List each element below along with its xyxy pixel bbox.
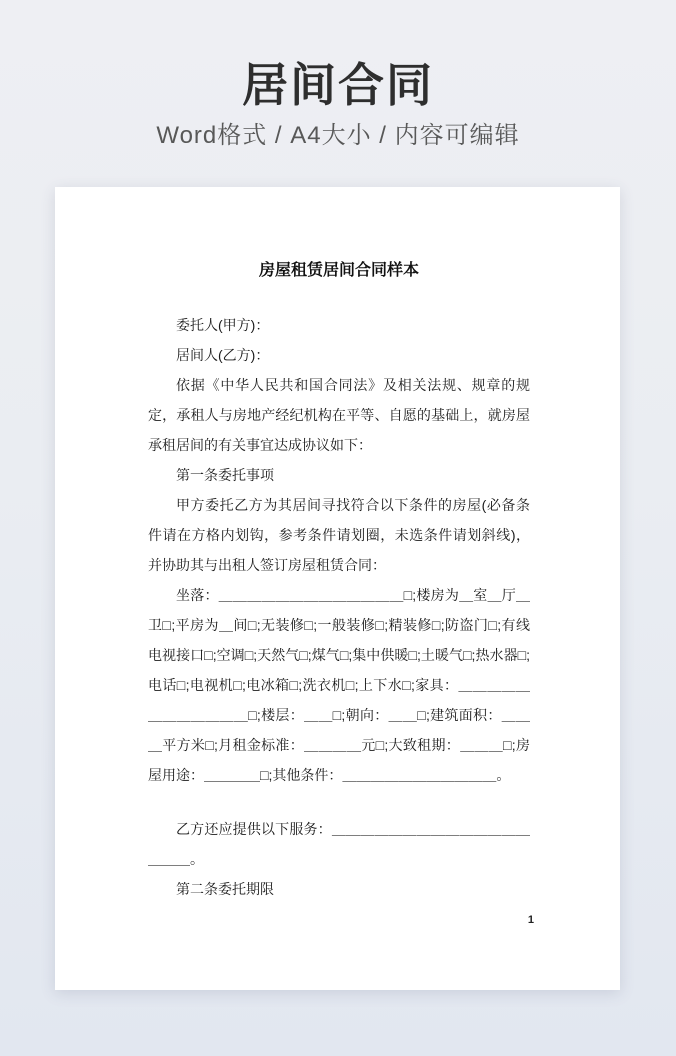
document-paragraph: 坐落：＿＿＿＿＿＿＿＿＿＿＿＿＿□;楼房为＿室＿厅＿卫□;平房为＿间□;无装修□… [148, 580, 530, 790]
document-paragraph: 第二条委托期限 [148, 874, 530, 904]
document-title: 房屋租赁居间合同样本 [148, 259, 530, 283]
document-paragraph: 依据《中华人民共和国合同法》及相关法规、规章的规定，承租人与房地产经纪机构在平等… [148, 370, 530, 460]
document-paragraph [148, 790, 530, 814]
document-paragraph: 委托人(甲方)： [148, 310, 530, 340]
banner: 居间合同 Word格式 / A4大小 / 内容可编辑 [0, 0, 676, 151]
document-paragraph: 乙方还应提供以下服务：＿＿＿＿＿＿＿＿＿＿＿＿＿＿＿＿＿。 [148, 814, 530, 874]
page-number: 1 [528, 914, 534, 926]
banner-title: 居间合同 [0, 58, 676, 113]
document-paragraph: 居间人(乙方)： [148, 340, 530, 370]
template-preview-page: 居间合同 Word格式 / A4大小 / 内容可编辑 房屋租赁居间合同样本 委托… [0, 0, 676, 1056]
banner-subtitle: Word格式 / A4大小 / 内容可编辑 [0, 121, 676, 151]
document-paragraph: 第一条委托事项 [148, 460, 530, 490]
document-paragraph: 甲方委托乙方为其居间寻找符合以下条件的房屋(必备条件请在方格内划钩，参考条件请划… [148, 490, 530, 580]
document-body: 委托人(甲方)：居间人(乙方)：依据《中华人民共和国合同法》及相关法规、规章的规… [148, 310, 530, 904]
document-page: 房屋租赁居间合同样本 委托人(甲方)：居间人(乙方)：依据《中华人民共和国合同法… [55, 187, 620, 990]
